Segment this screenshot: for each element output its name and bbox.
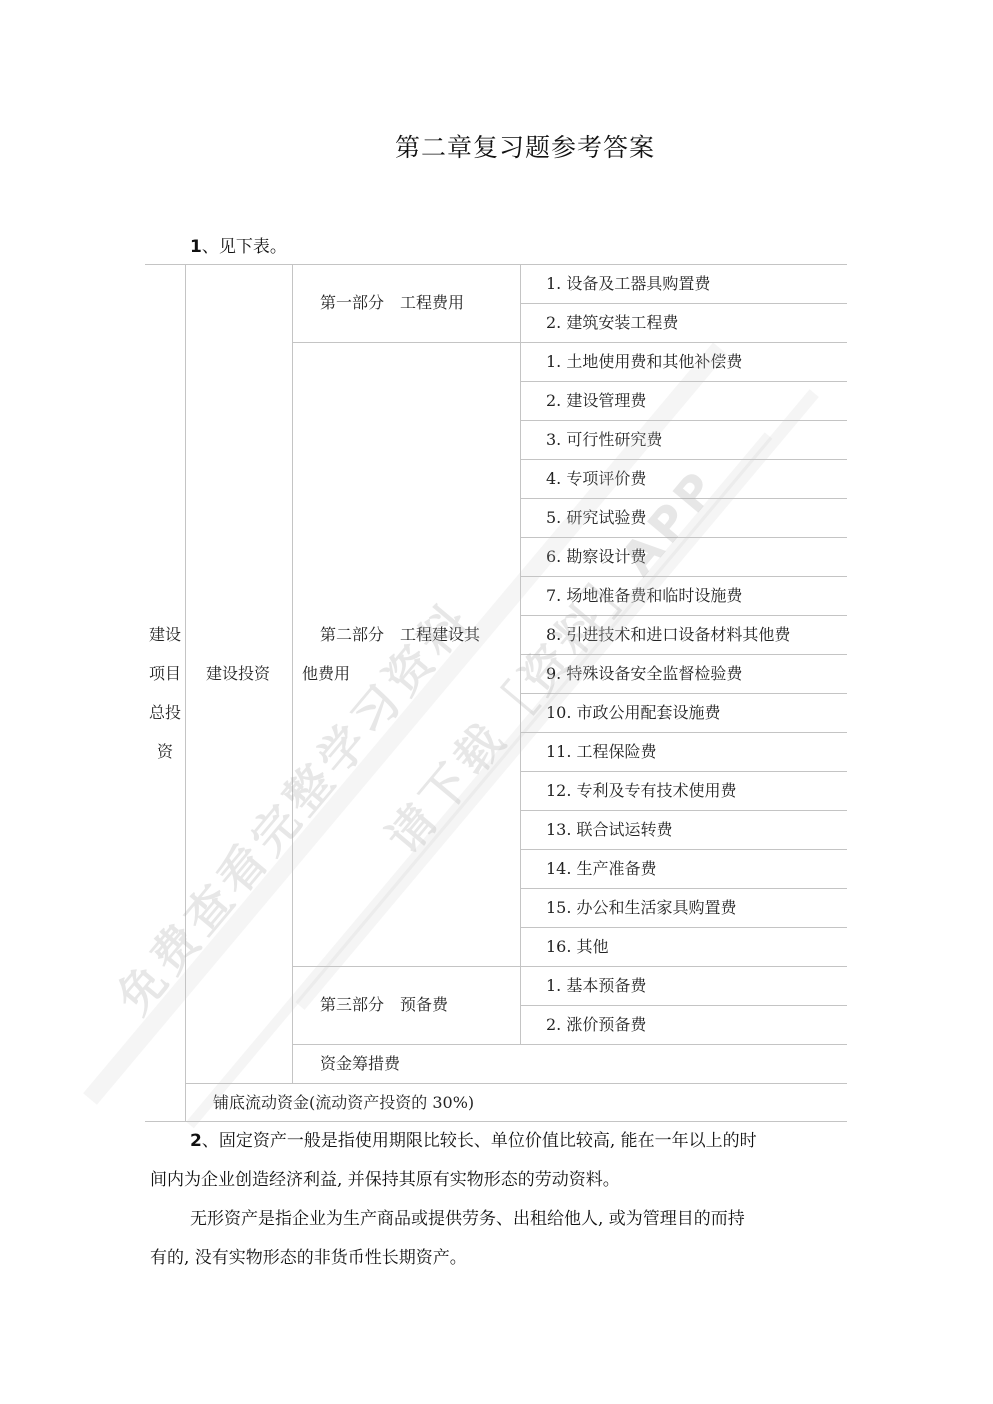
label-line: 总投	[145, 693, 185, 732]
construction-investment-label: 建设投资	[206, 654, 270, 693]
table-row: 13. 联合试运转费	[546, 810, 673, 849]
text-line: 间内为企业创造经济利益, 并保持其原有实物形态的劳动资料。	[150, 1161, 850, 1200]
table-top-border	[145, 264, 847, 265]
table-row: 2. 涨价预备费	[546, 1005, 646, 1044]
label-line: 资	[145, 732, 185, 771]
table-row: 1. 土地使用费和其他补偿费	[546, 342, 742, 381]
table-row: 3. 可行性研究费	[546, 420, 662, 459]
label-line: 第二部分 工程建设其	[302, 615, 520, 654]
column-divider	[520, 264, 521, 1044]
table-row: 5. 研究试验费	[546, 498, 646, 537]
table-row: 1. 基本预备费	[546, 966, 646, 1005]
label-line: 他费用	[302, 654, 520, 693]
question-number: 2	[190, 1131, 202, 1151]
table-row: 4. 专项评价费	[546, 459, 646, 498]
text-line: 2、固定资产一般是指使用期限比较长、单位价值比较高, 能在一年以上的时	[150, 1122, 850, 1161]
table-row: 10. 市政公用配套设施费	[546, 693, 721, 732]
text-line: 有的, 没有实物形态的非货币性长期资产。	[150, 1239, 850, 1278]
table-row: 9. 特殊设备安全监督检验费	[546, 654, 742, 693]
financing-cost-label: 资金筹措费	[320, 1044, 400, 1083]
table-row: 2. 建设管理费	[546, 381, 646, 420]
table-row: 6. 勘察设计费	[546, 537, 646, 576]
answer-2-paragraph-2: 无形资产是指企业为生产商品或提供劳务、出租给他人, 或为管理目的而持 有的, 没…	[150, 1200, 850, 1278]
part2-label: 第二部分 工程建设其 他费用	[302, 615, 520, 693]
total-investment-label: 建设 项目 总投 资	[145, 615, 185, 771]
column-divider	[292, 264, 293, 1083]
text-line: 无形资产是指企业为生产商品或提供劳务、出租给他人, 或为管理目的而持	[150, 1200, 850, 1239]
table-row: 15. 办公和生活家具购置费	[546, 888, 737, 927]
table-row: 12. 专利及专有技术使用费	[546, 771, 737, 810]
label-line: 建设	[145, 615, 185, 654]
working-capital-label: 铺底流动资金(流动资产投资的 30%)	[213, 1083, 474, 1122]
part1-label: 第一部分 工程费用	[320, 283, 464, 322]
answer-2-paragraph-1: 2、固定资产一般是指使用期限比较长、单位价值比较高, 能在一年以上的时 间内为企…	[150, 1122, 850, 1200]
text-segment: 无形资产是指企业为生产商品或提供劳务、出租给他人, 或为管理目的而持	[190, 1209, 745, 1229]
table-row: 8. 引进技术和进口设备材料其他费	[546, 615, 790, 654]
column-divider	[185, 264, 186, 1121]
table-row: 2. 建筑安装工程费	[546, 303, 678, 342]
table-row: 11. 工程保险费	[546, 732, 657, 771]
table-row: 7. 场地准备费和临时设施费	[546, 576, 742, 615]
table-row: 16. 其他	[546, 927, 609, 966]
text-segment: 、固定资产一般是指使用期限比较长、单位价值比较高, 能在一年以上的时	[202, 1131, 757, 1151]
part3-label: 第三部分 预备费	[320, 985, 448, 1024]
table-row: 1. 设备及工器具购置费	[546, 264, 710, 303]
table-row: 14. 生产准备费	[546, 849, 657, 888]
label-line: 项目	[145, 654, 185, 693]
